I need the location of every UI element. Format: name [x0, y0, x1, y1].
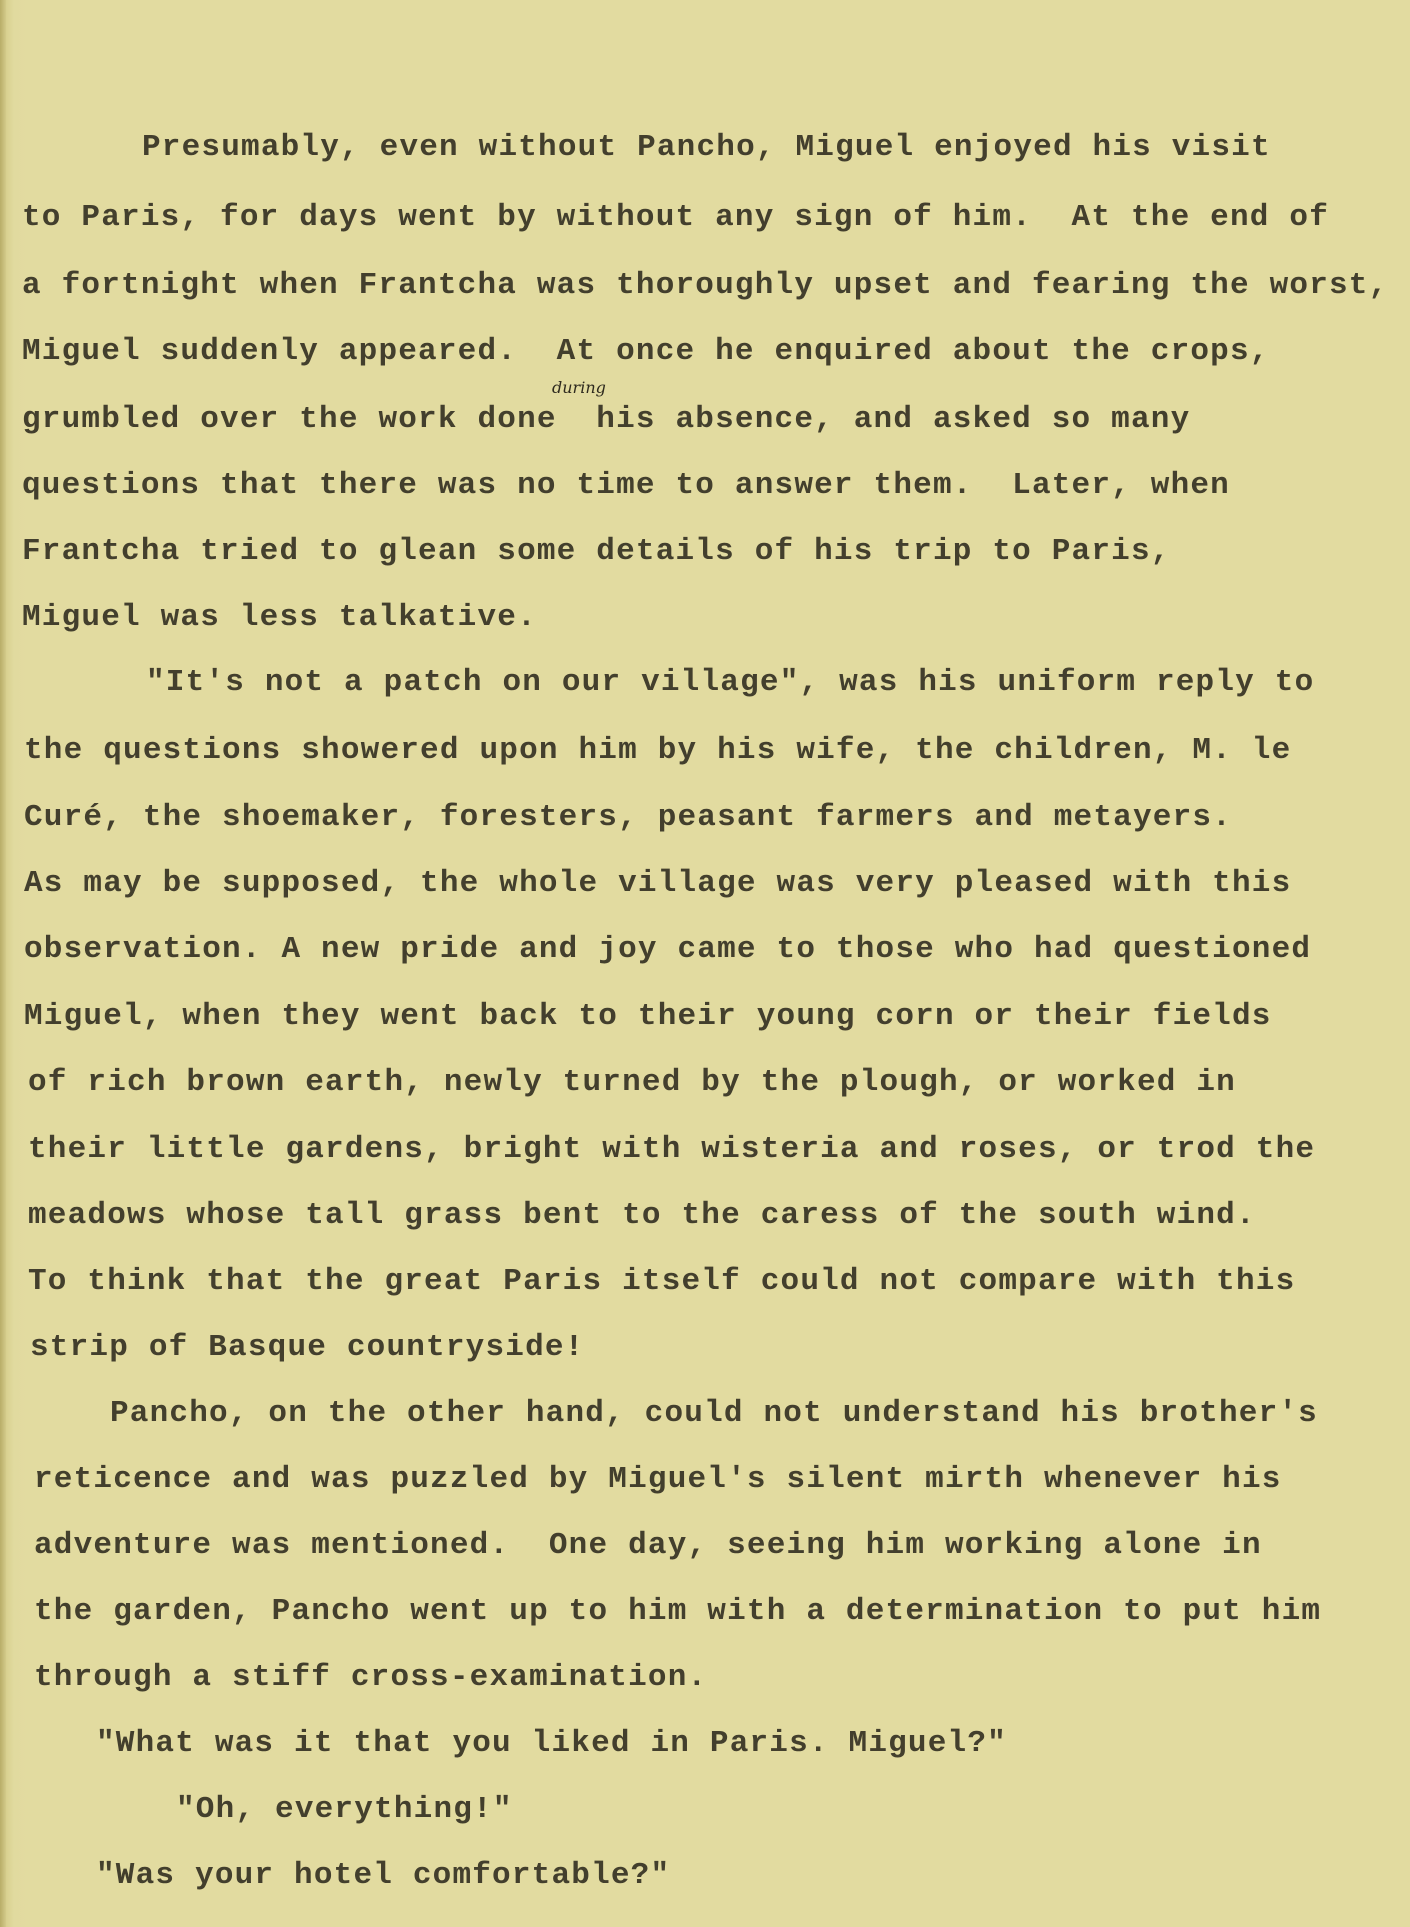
text-line: the garden, Pancho went up to him with a…	[34, 1594, 1321, 1629]
text-line: "It's not a patch on our village", was h…	[146, 665, 1314, 700]
dialogue-line: "Oh, everything!"	[176, 1792, 513, 1827]
text-line: grumbled over the work done his absence,…	[22, 402, 1190, 437]
page-edge	[0, 0, 6, 1927]
text-line: Presumably, even without Pancho, Miguel …	[142, 130, 1271, 165]
text-line: of rich brown earth, newly turned by the…	[28, 1065, 1236, 1100]
text-line: the questions showered upon him by his w…	[24, 733, 1291, 768]
text-line: questions that there was no time to answ…	[22, 468, 1230, 503]
text-line: Miguel was less talkative.	[22, 600, 537, 635]
dialogue-line: "Was your hotel comfortable?"	[96, 1858, 670, 1893]
typewritten-page: Presumably, even without Pancho, Miguel …	[0, 0, 1410, 1927]
text-line: Frantcha tried to glean some details of …	[22, 534, 1171, 569]
text-line: strip of Basque countryside!	[30, 1330, 585, 1365]
text-line: Miguel suddenly appeared. At once he enq…	[22, 334, 1270, 369]
text-line: Pancho, on the other hand, could not und…	[110, 1396, 1318, 1431]
text-line: adventure was mentioned. One day, seeing…	[34, 1528, 1262, 1563]
text-line: Curé, the shoemaker, foresters, peasant …	[24, 800, 1232, 835]
handwritten-correction: during	[552, 378, 606, 397]
text-line: reticence and was puzzled by Miguel's si…	[34, 1462, 1282, 1497]
text-line: Miguel, when they went back to their you…	[24, 999, 1272, 1034]
text-line: to Paris, for days went by without any s…	[22, 200, 1329, 235]
dialogue-line: "What was it that you liked in Paris. Mi…	[96, 1726, 1007, 1761]
text-line: their little gardens, bright with wister…	[28, 1132, 1315, 1167]
text-line: As may be supposed, the whole village wa…	[24, 866, 1291, 901]
text-line: To think that the great Paris itself cou…	[28, 1264, 1295, 1299]
text-line: observation. A new pride and joy came to…	[24, 932, 1311, 967]
text-line: meadows whose tall grass bent to the car…	[28, 1198, 1256, 1233]
text-line: through a stiff cross-examination.	[34, 1660, 707, 1695]
text-line: a fortnight when Frantcha was thoroughly…	[22, 268, 1388, 303]
